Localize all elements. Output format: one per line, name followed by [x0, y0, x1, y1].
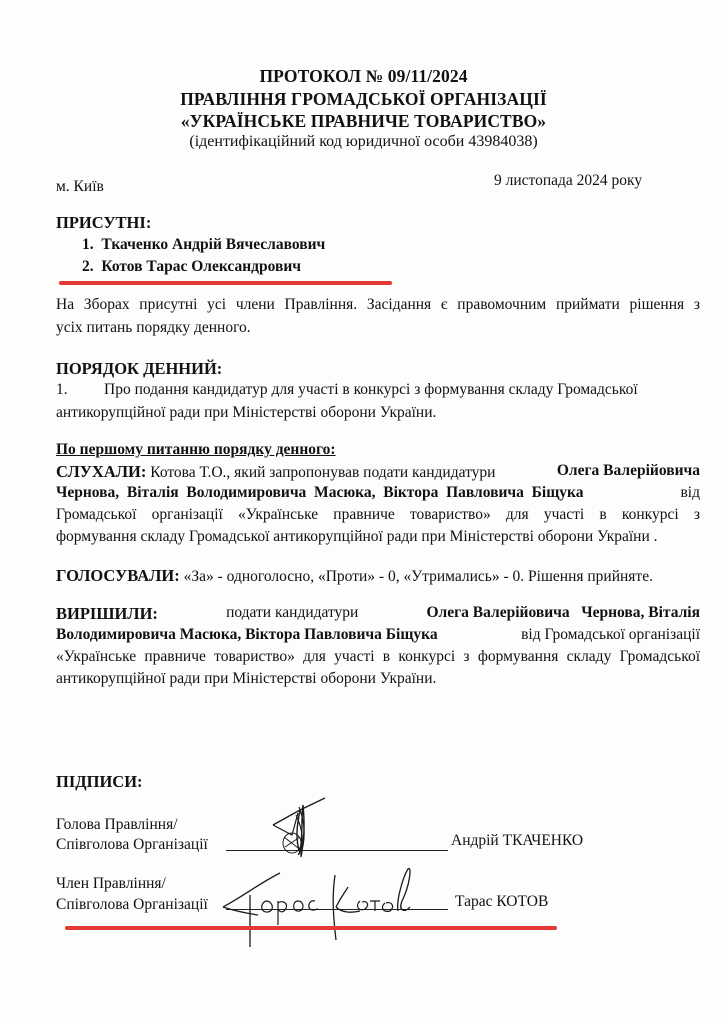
signer-1-name: Андрій ТКАЧЕНКО: [451, 832, 583, 850]
organization-name: «УКРАЇНСЬКЕ ПРАВНИЧЕ ТОВАРИСТВО»: [0, 111, 727, 132]
member-name: Котов Тарас Олександрович: [101, 258, 301, 275]
date: 9 листопада 2024 року: [494, 172, 642, 190]
member-number: 1.: [82, 236, 94, 253]
member-name: Ткаченко Андрій Вячеславович: [101, 236, 325, 253]
quorum-text-line-2: усіх питань порядку денного.: [56, 319, 251, 337]
present-heading: ПРИСУТНІ:: [56, 213, 151, 233]
board-title: ПРАВЛІННЯ ГРОМАДСЬКОЇ ОРГАНІЗАЦІЇ: [0, 89, 727, 110]
decided-line-3: «Українське правниче товариство» для уча…: [56, 648, 700, 666]
organization-id-code: (ідентифікаційний код юридичної особи 43…: [0, 133, 727, 151]
signature-kotov-icon: [220, 855, 420, 947]
protocol-number-title: ПРОТОКОЛ № 09/11/2024: [0, 66, 727, 87]
agenda-heading: ПОРЯДОК ДЕННИЙ:: [56, 359, 222, 379]
heard-line-3: Громадської організації «Українське прав…: [56, 506, 700, 524]
first-question-heading: По першому питанню порядку денного:: [56, 441, 336, 459]
decided-line-2: Володимировича Масюка, Віктора Павловича…: [56, 626, 700, 644]
signer-2-role-line-1: Член Правління/: [56, 875, 166, 893]
agenda-item-1-line-2: антикорупційної ради при Міністерстві об…: [56, 404, 436, 422]
heard-line-4: формування складу Громадської антикорупц…: [56, 528, 658, 546]
heard-label: СЛУХАЛИ:: [56, 462, 146, 481]
heard-line-2: Чернова, Віталія Володимировича Масюка, …: [56, 484, 700, 502]
signatures-heading: ПІДПИСИ:: [56, 772, 143, 792]
heard-line-1: СЛУХАЛИ: Котова Т.О., який запропонував …: [56, 462, 700, 482]
signature-tkachenko-icon: [270, 795, 350, 860]
member-number: 2.: [82, 258, 94, 275]
decided-label: ВИРІШИЛИ:: [56, 604, 158, 624]
decided-line-4: антикорупційної ради при Міністерстві об…: [56, 670, 436, 688]
red-highlight-underline-signature: [65, 926, 557, 930]
signer-1-role-line-2: Співголова Організації: [56, 836, 208, 854]
decided-line-1: ВИРІШИЛИ: подати кандидатури Олега Валер…: [56, 604, 700, 624]
place: м. Київ: [56, 178, 104, 196]
agenda-item-1-line-1: Про подання кандидатур для участі в конк…: [104, 381, 638, 399]
agenda-item-number: 1.: [56, 381, 68, 399]
protocol-document: ПРОТОКОЛ № 09/11/2024 ПРАВЛІННЯ ГРОМАДСЬ…: [0, 0, 727, 1024]
signer-2-role-line-2: Співголова Організації: [56, 896, 208, 914]
present-member-1: 1. Ткаченко Андрій Вячеславович: [82, 236, 325, 254]
red-highlight-underline: [59, 281, 392, 285]
signer-2-name: Тарас КОТОВ: [455, 893, 548, 911]
present-member-2: 2. Котов Тарас Олександрович: [82, 258, 301, 276]
signer-1-role-line-1: Голова Правління/: [56, 816, 178, 834]
voted-label: ГОЛОСУВАЛИ:: [56, 566, 180, 585]
voted-text: «За» - одноголосно, «Проти» - 0, «Утрима…: [184, 568, 653, 585]
voted-line: ГОЛОСУВАЛИ: «За» - одноголосно, «Проти» …: [56, 566, 653, 586]
quorum-text-line-1: На Зборах присутні усі члени Правління. …: [56, 296, 700, 314]
